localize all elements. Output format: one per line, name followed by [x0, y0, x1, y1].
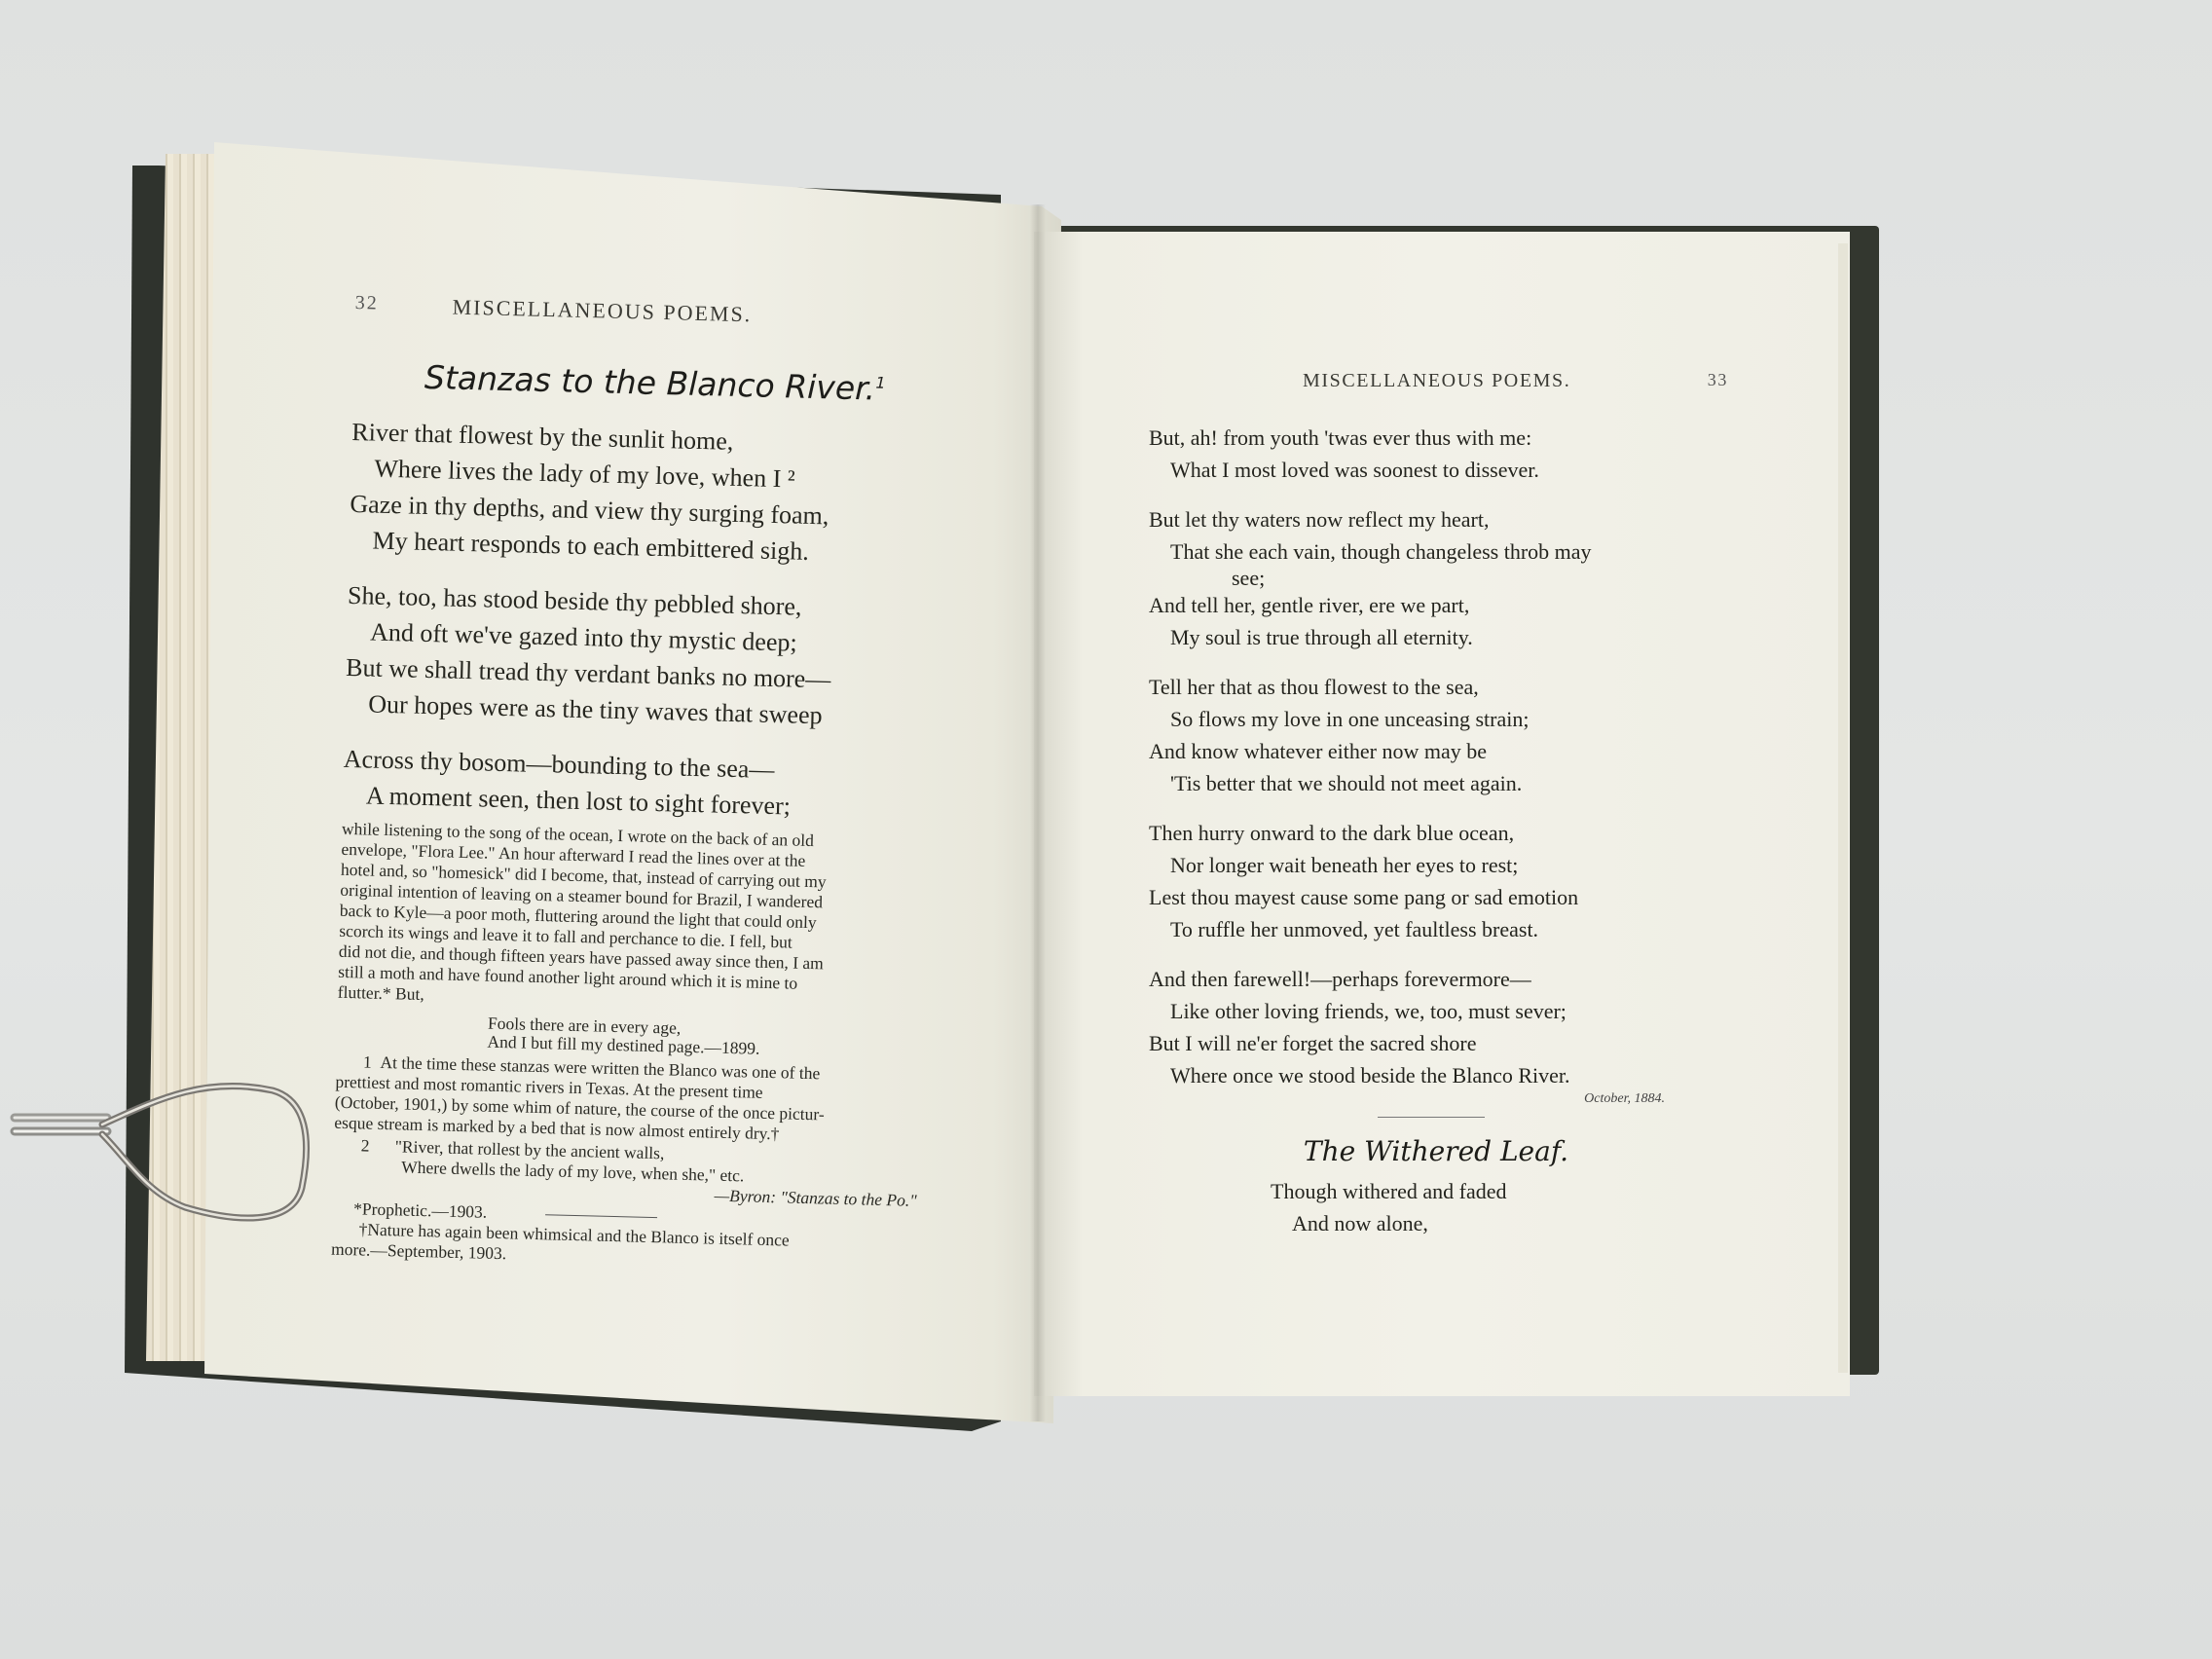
verse-line: And now alone,: [1271, 1207, 1733, 1239]
asterisk-note-text: *Prophetic.—1903.: [353, 1198, 488, 1221]
verse-line: But let thy waters now reflect my heart,: [1149, 503, 1733, 535]
verse-line: Lest thou mayest cause some pang or sad …: [1149, 881, 1733, 913]
stanza-7: Tell her that as thou flowest to the sea…: [1149, 671, 1733, 799]
footnote-number: 2: [361, 1135, 370, 1155]
verse-line: But I will ne'er forget the sacred shore: [1149, 1027, 1733, 1059]
verse-line: And know whatever either now may be: [1149, 735, 1733, 767]
verse-line: And then farewell!—perhaps forevermore—: [1149, 963, 1733, 995]
stanza-9: And then farewell!—perhaps forevermore— …: [1149, 963, 1733, 1091]
stanza-8: Then hurry onward to the dark blue ocean…: [1149, 817, 1733, 945]
verse-line: To ruffle her unmoved, yet faultless bre…: [1149, 913, 1733, 945]
verse-line: Though withered and faded: [1271, 1175, 1733, 1207]
right-running-head: MISCELLANEOUS POEMS. 33: [1303, 370, 1733, 392]
note-paragraph: while listening to the song of the ocean…: [338, 819, 946, 1018]
right-page-edge: [1838, 243, 1848, 1373]
stanza-5: But, ah! from youth 'twas ever thus with…: [1149, 422, 1733, 486]
verse-line: 'Tis better that we should not meet agai…: [1149, 767, 1733, 799]
divider-rule: [1378, 1117, 1485, 1118]
next-poem-title: The Withered Leaf.: [1139, 1135, 1733, 1167]
poem-date: October, 1884.: [1149, 1091, 1733, 1107]
verse-line: So flows my love in one unceasing strain…: [1149, 703, 1733, 735]
footnote-1: 1 At the time these stanzas were written…: [334, 1051, 940, 1149]
verse-line: Like other loving friends, we, too, must…: [1149, 995, 1733, 1027]
verse-line: Then hurry onward to the dark blue ocean…: [1149, 817, 1733, 849]
verse-line: see;: [1149, 568, 1733, 589]
stanza-6: But let thy waters now reflect my heart,…: [1149, 503, 1733, 653]
divider-rule: [545, 1215, 657, 1219]
verse-line: Nor longer wait beneath her eyes to rest…: [1149, 849, 1733, 881]
left-page-content: 32 MISCELLANEOUS POEMS. Stanzas to the B…: [331, 292, 959, 1274]
verse-line: What I most loved was soonest to disseve…: [1149, 454, 1733, 486]
verse-line: My soul is true through all eternity.: [1149, 621, 1733, 653]
verse-line: Where once we stood beside the Blanco Ri…: [1149, 1059, 1733, 1091]
poem-title-text: Stanzas to the Blanco River.: [424, 358, 876, 408]
verse-line: Tell her that as thou flowest to the sea…: [1149, 671, 1733, 703]
verse-line: And tell her, gentle river, ere we part,: [1149, 589, 1733, 621]
verse-line: But, ah! from youth 'twas ever thus with…: [1149, 422, 1733, 454]
verse-line: That she each vain, though changeless th…: [1149, 535, 1733, 568]
stanza-3: Across thy bosom—bounding to the sea— A …: [342, 741, 947, 829]
page-number-left: 32: [354, 292, 453, 320]
book-gutter: [1030, 204, 1046, 1421]
page-clip-icon: [10, 1081, 312, 1227]
stanza-2: She, too, has stood beside thy pebbled s…: [345, 577, 952, 737]
poem-title: Stanzas to the Blanco River.1: [352, 356, 957, 410]
footnote-number: 1: [363, 1051, 372, 1071]
footnote-mark: 1: [875, 374, 886, 392]
stanza-1: River that flowest by the sunlit home, W…: [349, 414, 956, 573]
running-head-text: MISCELLANEOUS POEMS.: [1303, 370, 1570, 392]
right-page-content: MISCELLANEOUS POEMS. 33 But, ah! from yo…: [1149, 370, 1733, 1239]
page-number-right: 33: [1708, 370, 1728, 392]
